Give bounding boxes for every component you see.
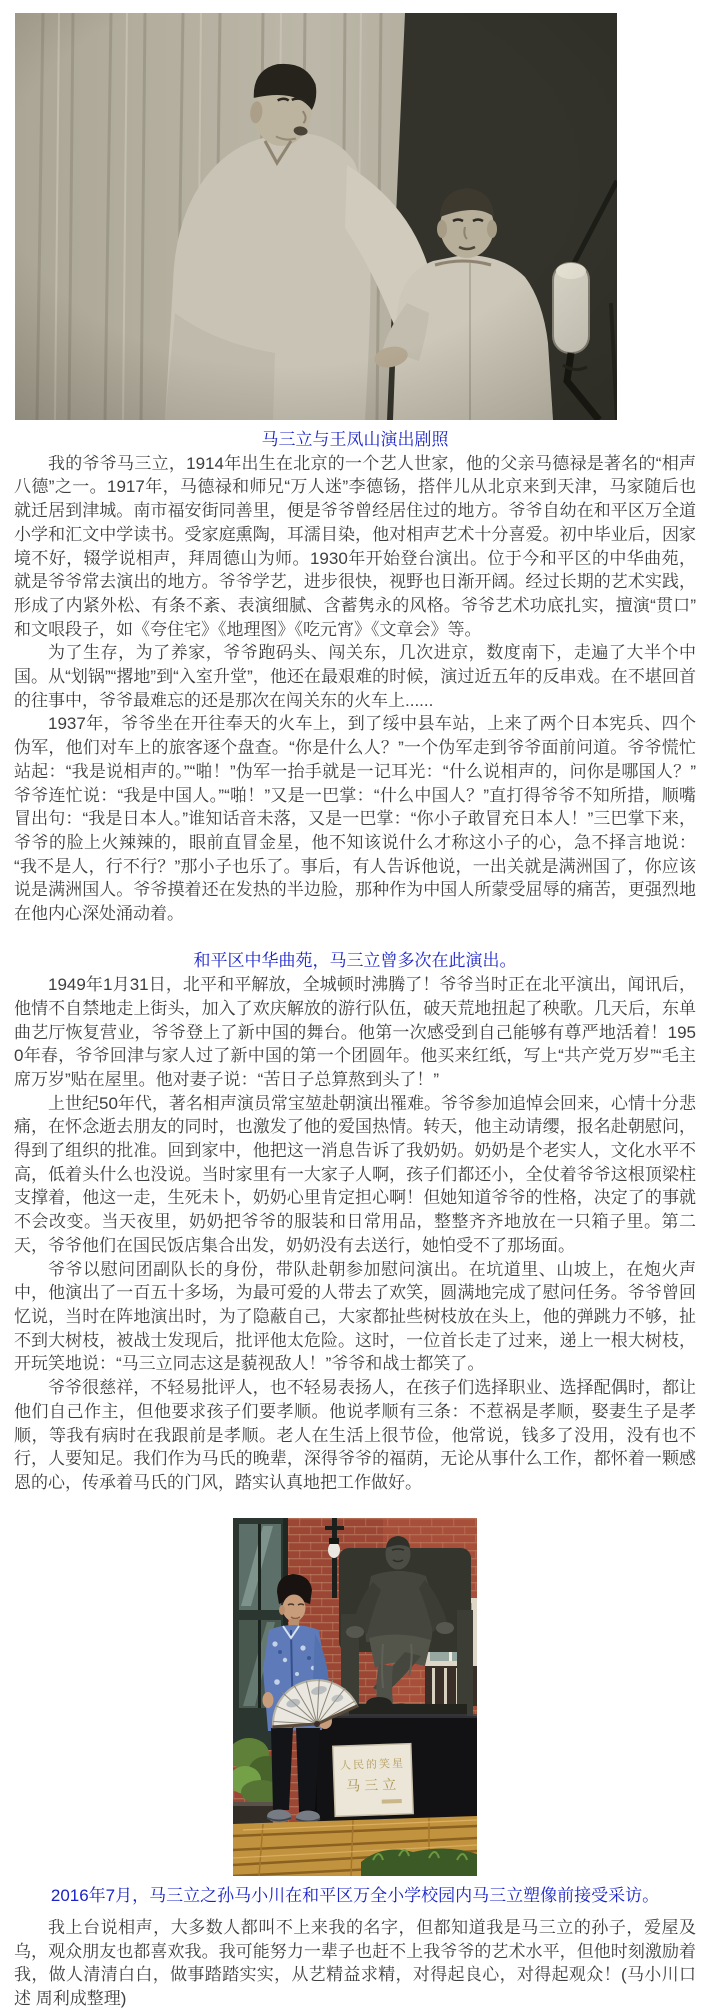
- paragraph-8: 我上台说相声，大多数人都叫不上来我的名字，但都知道我是马三立的孙子，爱屋及乌，观…: [14, 1916, 696, 2011]
- plaque-line1: 人民的笑星: [340, 1757, 405, 1772]
- stage-photo-illustration: [15, 13, 617, 420]
- article-page: 马三立与王凤山演出剧照 我的爷爷马三立，1914年出生在北京的一个艺人世家，他的…: [0, 0, 710, 2011]
- photo-vignette: [15, 13, 617, 420]
- plaque-line2: 马三立: [346, 1777, 401, 1795]
- grass-patch: [361, 1849, 477, 1877]
- step-edge: [233, 1802, 273, 1806]
- paragraph-2: 为了生存，为了养家，爷爷跑码头、闯关东，几次进京，数度南下，走遍了大半个中国。从…: [14, 641, 696, 712]
- photo-stage-performance: [15, 13, 617, 420]
- paragraph-3: 1937年，爷爷坐在开往奉天的火车上，到了绥中县车站，上来了两个日本宪兵、四个伪…: [14, 712, 696, 925]
- paragraph-4: 1949年1月31日，北平和平解放，全城顿时沸腾了！爷爷当时正在北平演出，闻讯后…: [14, 973, 696, 1092]
- statue-photo-illustration: 人民的笑星 马三立: [233, 1518, 477, 1876]
- paragraph-1: 我的爷爷马三立，1914年出生在北京的一个艺人世家，他的父亲马德禄是著名的“相声…: [14, 452, 696, 642]
- paragraph-6: 爷爷以慰问团副队长的身份，带队赴朝参加慰问演出。在坑道里、山坡上，在炮火声中，他…: [14, 1258, 696, 1377]
- paragraph-5: 上世纪50年代，著名相声演员常宝堃赴朝演出罹难。爷爷参加追悼会回来，心情十分悲痛…: [14, 1092, 696, 1258]
- statue-plaque: 人民的笑星 马三立: [333, 1744, 413, 1817]
- highlight-venue-note: 和平区中华曲苑，马三立曾多次在此演出。: [14, 949, 696, 973]
- photo1-caption: 马三立与王凤山演出剧照: [14, 428, 696, 452]
- photo2-caption: 2016年7月，马三立之孙马小川在和平区万全小学校园内马三立塑像前接受采访。: [14, 1884, 696, 1908]
- paragraph-7: 爷爷很慈祥，不轻易批评人，也不轻易表扬人，在孩子们选择职业、选择配偶时，都让他们…: [14, 1376, 696, 1495]
- photo-statue-interview: 人民的笑星 马三立: [233, 1518, 477, 1876]
